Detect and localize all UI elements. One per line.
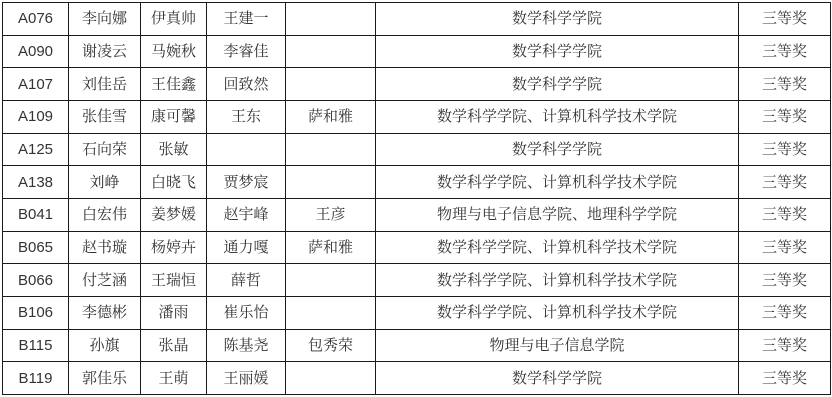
college: 数学科学学院 — [376, 133, 739, 166]
member-name: 潘雨 — [141, 296, 207, 329]
member-name: 萨和雅 — [286, 231, 376, 264]
college: 物理与电子信息学院 — [376, 329, 739, 362]
table-row: B115 孙旗 张晶 陈基尧 包秀荣 物理与电子信息学院 三等奖 — [3, 329, 831, 362]
award: 三等奖 — [739, 35, 831, 68]
member-name: 王东 — [207, 100, 286, 133]
member-name: 张佳雪 — [69, 100, 141, 133]
table-row: B065 赵书璇 杨婷卉 通力嘎 萨和雅 数学科学学院、计算机科学技术学院 三等… — [3, 231, 831, 264]
member-name: 王彦 — [286, 198, 376, 231]
table-row: A109 张佳雪 康可馨 王东 萨和雅 数学科学学院、计算机科学技术学院 三等奖 — [3, 100, 831, 133]
team-code: A107 — [3, 68, 69, 101]
award: 三等奖 — [739, 68, 831, 101]
college: 数学科学学院 — [376, 362, 739, 395]
member-name — [286, 264, 376, 297]
team-code: A109 — [3, 100, 69, 133]
team-code: A138 — [3, 166, 69, 199]
award: 三等奖 — [739, 296, 831, 329]
member-name — [286, 3, 376, 36]
member-name: 赵书璇 — [69, 231, 141, 264]
member-name — [286, 362, 376, 395]
award: 三等奖 — [739, 362, 831, 395]
member-name: 刘峥 — [69, 166, 141, 199]
award: 三等奖 — [739, 198, 831, 231]
member-name: 李德彬 — [69, 296, 141, 329]
member-name — [286, 133, 376, 166]
table-row: B041 白宏伟 姜梦媛 赵宇峰 王彦 物理与电子信息学院、地理科学学院 三等奖 — [3, 198, 831, 231]
member-name: 萨和雅 — [286, 100, 376, 133]
member-name: 张敏 — [141, 133, 207, 166]
member-name: 王萌 — [141, 362, 207, 395]
member-name: 付芝涵 — [69, 264, 141, 297]
team-code: B065 — [3, 231, 69, 264]
table-row: B119 郭佳乐 王萌 王丽媛 数学科学学院 三等奖 — [3, 362, 831, 395]
table-row: A125 石向荣 张敏 数学科学学院 三等奖 — [3, 133, 831, 166]
member-name: 张晶 — [141, 329, 207, 362]
team-code: B106 — [3, 296, 69, 329]
member-name: 孙旗 — [69, 329, 141, 362]
team-code: B066 — [3, 264, 69, 297]
member-name: 马婉秋 — [141, 35, 207, 68]
award: 三等奖 — [739, 231, 831, 264]
college: 数学科学学院、计算机科学技术学院 — [376, 296, 739, 329]
table-row: B066 付芝涵 王瑞恒 薛哲 数学科学学院、计算机科学技术学院 三等奖 — [3, 264, 831, 297]
member-name: 郭佳乐 — [69, 362, 141, 395]
member-name: 伊真帅 — [141, 3, 207, 36]
member-name: 包秀荣 — [286, 329, 376, 362]
college: 数学科学学院 — [376, 35, 739, 68]
member-name: 白晓飞 — [141, 166, 207, 199]
table-row: A076 李向娜 伊真帅 王建一 数学科学学院 三等奖 — [3, 3, 831, 36]
team-code: B041 — [3, 198, 69, 231]
college: 数学科学学院、计算机科学技术学院 — [376, 264, 739, 297]
college: 数学科学学院、计算机科学技术学院 — [376, 100, 739, 133]
college: 物理与电子信息学院、地理科学学院 — [376, 198, 739, 231]
member-name: 王瑞恒 — [141, 264, 207, 297]
member-name — [286, 166, 376, 199]
team-code: A125 — [3, 133, 69, 166]
team-code: B119 — [3, 362, 69, 395]
member-name: 赵宇峰 — [207, 198, 286, 231]
member-name: 刘佳岳 — [69, 68, 141, 101]
team-code: A076 — [3, 3, 69, 36]
member-name: 王丽媛 — [207, 362, 286, 395]
table-row: A090 谢凌云 马婉秋 李睿佳 数学科学学院 三等奖 — [3, 35, 831, 68]
team-code: B115 — [3, 329, 69, 362]
member-name — [286, 68, 376, 101]
member-name: 谢凌云 — [69, 35, 141, 68]
college: 数学科学学院 — [376, 3, 739, 36]
member-name — [286, 296, 376, 329]
member-name: 王建一 — [207, 3, 286, 36]
team-code: A090 — [3, 35, 69, 68]
member-name: 姜梦媛 — [141, 198, 207, 231]
award: 三等奖 — [739, 264, 831, 297]
college: 数学科学学院、计算机科学技术学院 — [376, 166, 739, 199]
award: 三等奖 — [739, 166, 831, 199]
table-row: A107 刘佳岳 王佳鑫 回致然 数学科学学院 三等奖 — [3, 68, 831, 101]
college: 数学科学学院 — [376, 68, 739, 101]
member-name: 李睿佳 — [207, 35, 286, 68]
member-name: 杨婷卉 — [141, 231, 207, 264]
member-name: 石向荣 — [69, 133, 141, 166]
member-name: 李向娜 — [69, 3, 141, 36]
table-row: A138 刘峥 白晓飞 贾梦宸 数学科学学院、计算机科学技术学院 三等奖 — [3, 166, 831, 199]
award: 三等奖 — [739, 329, 831, 362]
member-name: 贾梦宸 — [207, 166, 286, 199]
member-name: 崔乐怡 — [207, 296, 286, 329]
award: 三等奖 — [739, 3, 831, 36]
member-name: 薛哲 — [207, 264, 286, 297]
member-name — [207, 133, 286, 166]
member-name: 通力嘎 — [207, 231, 286, 264]
award: 三等奖 — [739, 100, 831, 133]
member-name: 白宏伟 — [69, 198, 141, 231]
award-results-table: A076 李向娜 伊真帅 王建一 数学科学学院 三等奖 A090 谢凌云 马婉秋… — [2, 2, 831, 395]
table-row: B106 李德彬 潘雨 崔乐怡 数学科学学院、计算机科学技术学院 三等奖 — [3, 296, 831, 329]
member-name: 王佳鑫 — [141, 68, 207, 101]
member-name: 康可馨 — [141, 100, 207, 133]
member-name: 回致然 — [207, 68, 286, 101]
member-name — [286, 35, 376, 68]
member-name: 陈基尧 — [207, 329, 286, 362]
award: 三等奖 — [739, 133, 831, 166]
college: 数学科学学院、计算机科学技术学院 — [376, 231, 739, 264]
